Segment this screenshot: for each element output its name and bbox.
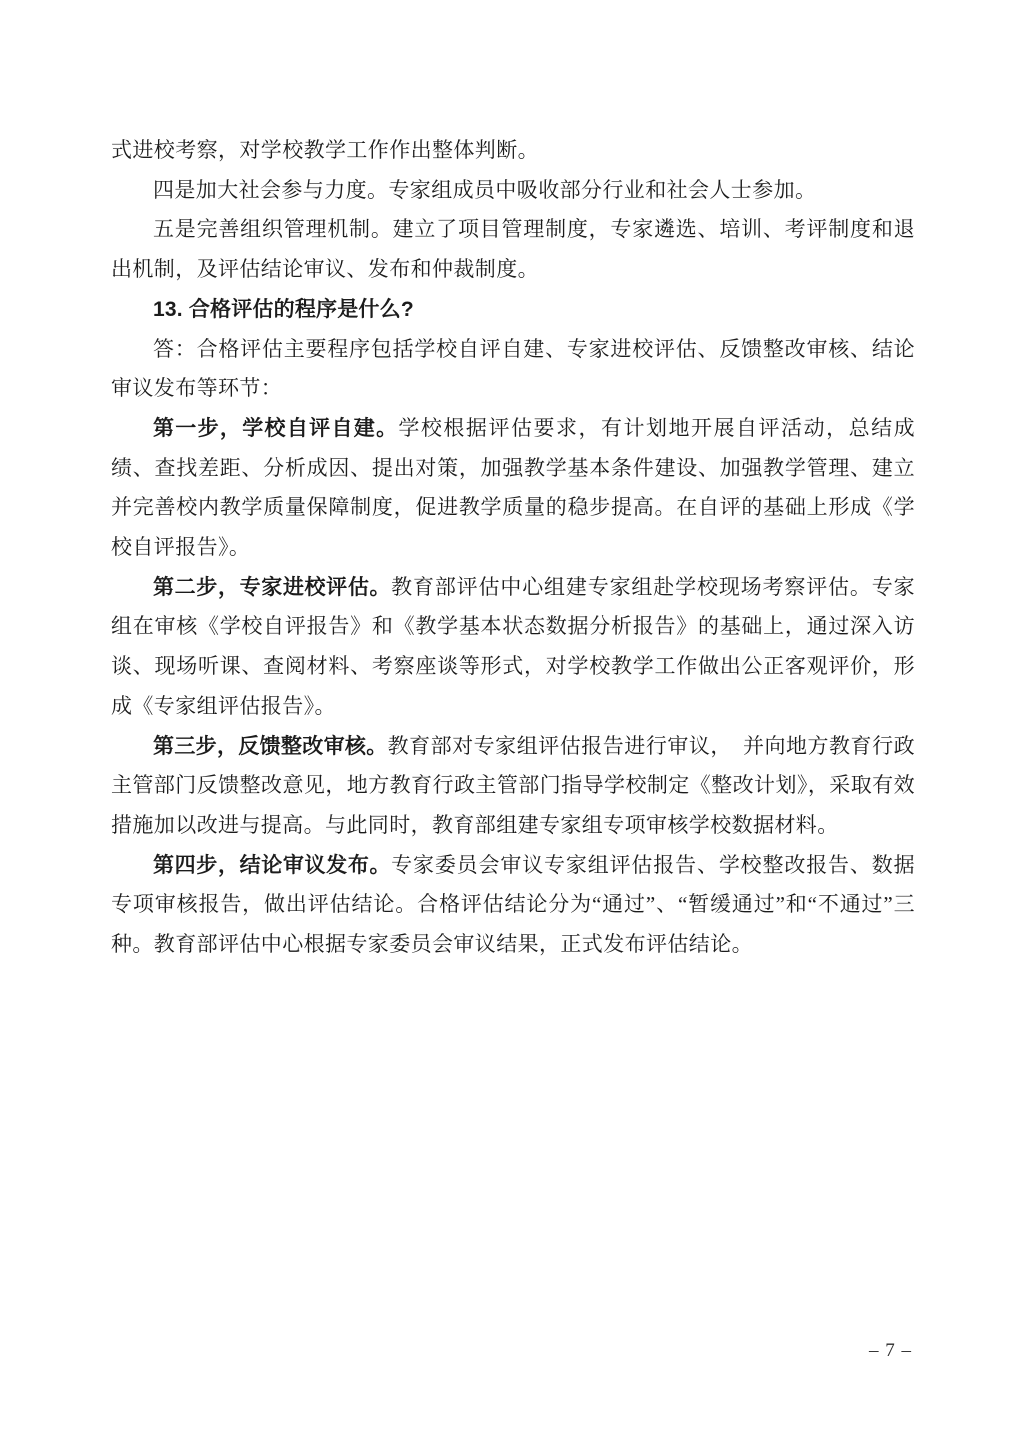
paragraph: 五是完善组织管理机制。建立了项目管理制度，专家遴选、培训、考评制度和退出机制，及… [111,210,915,289]
paragraph-text: 答：合格评估主要程序包括学校自评自建、专家进校评估、反馈整改审核、结论审议发布等… [111,337,915,401]
page-body-text: 式进校考察，对学校教学工作作出整体判断。 四是加大社会参与力度。专家组成员中吸收… [111,131,915,965]
paragraph-text: 式进校考察，对学校教学工作作出整体判断。 [111,138,539,162]
paragraph-text: 四是加大社会参与力度。专家组成员中吸收部分行业和社会人士参加。 [153,178,816,202]
step-2-paragraph: 第二步，专家进校评估。教育部评估中心组建专家组赴学校现场考察评估。专家组在审核《… [111,568,915,727]
paragraph-continuation: 式进校考察，对学校教学工作作出整体判断。 [111,131,915,171]
step-1-lead: 第一步，学校自评自建。 [153,417,398,440]
answer-paragraph: 答：合格评估主要程序包括学校自评自建、专家进校评估、反馈整改审核、结论审议发布等… [111,330,915,409]
step-4-lead: 第四步，结论审议发布。 [153,854,391,877]
step-1-paragraph: 第一步，学校自评自建。学校根据评估要求，有计划地开展自评活动，总结成绩、查找差距… [111,409,915,568]
step-3-lead: 第三步，反馈整改审核。 [153,735,388,758]
page-number: – 7 – [869,1340,912,1362]
document-page: 式进校考察，对学校教学工作作出整体判断。 四是加大社会参与力度。专家组成员中吸收… [0,0,1024,1447]
paragraph-text: 五是完善组织管理机制。建立了项目管理制度，专家遴选、培训、考评制度和退出机制，及… [111,217,915,281]
step-4-paragraph: 第四步，结论审议发布。专家委员会审议专家组评估报告、学校整改报告、数据专项审核报… [111,846,915,965]
step-3-paragraph: 第三步，反馈整改审核。教育部对专家组评估报告进行审议， 并向地方教育行政主管部门… [111,727,915,846]
question-number-and-title: 13. 合格评估的程序是什么? [153,298,414,321]
step-2-lead: 第二步，专家进校评估。 [153,576,391,599]
question-heading: 13. 合格评估的程序是什么? [111,290,915,330]
paragraph: 四是加大社会参与力度。专家组成员中吸收部分行业和社会人士参加。 [111,171,915,211]
